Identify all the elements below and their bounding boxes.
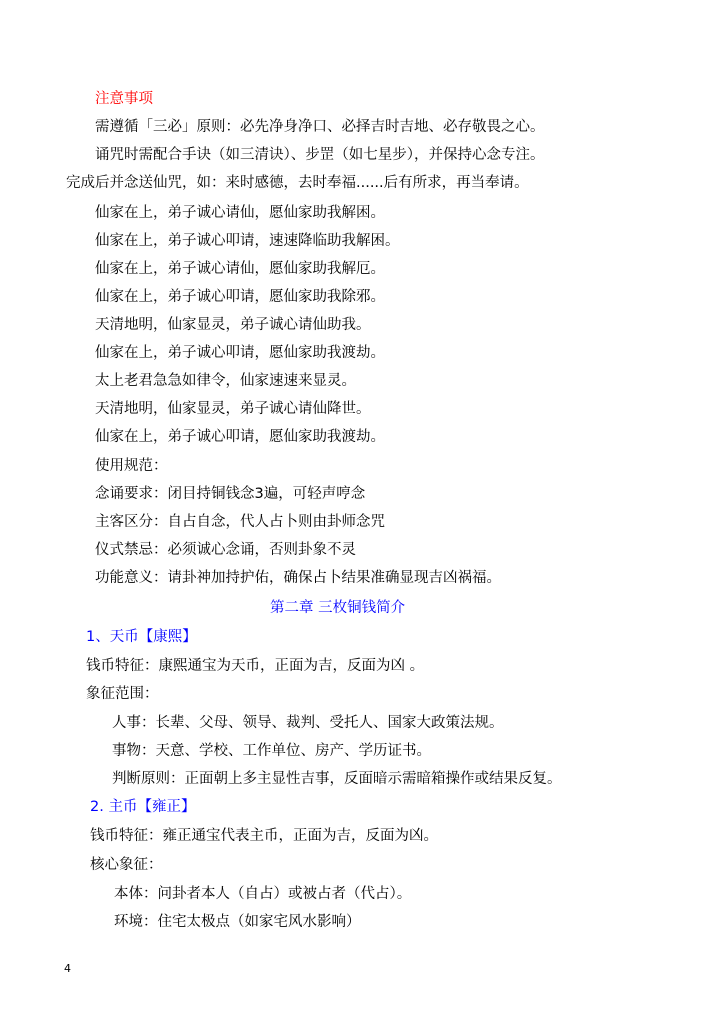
- chant-line: 天清地明，仙家显灵，弟子诚心请仙降世。: [95, 399, 371, 419]
- section1-scope-heading: 象征范围：: [86, 684, 159, 704]
- section1-item: 事物：天意、学校、工作单位、房产、学历证书。: [112, 741, 431, 761]
- chant-line: 仙家在上，弟子诚心叩请，愿仙家助我除邪。: [95, 287, 385, 307]
- usage-line: 仪式禁忌：必须诚心念诵，否则卦象不灵: [95, 540, 356, 560]
- section1-feature: 钱币特征：康熙通宝为天币，正面为吉，反面为凶 。: [86, 656, 424, 676]
- notice-heading: 注意事项: [95, 89, 153, 109]
- chapter-title: 第二章 三枚铜钱简介: [270, 598, 405, 618]
- chant-line: 天清地明，仙家显灵，弟子诚心请仙助我。: [95, 315, 371, 335]
- page-number: 4: [64, 962, 71, 975]
- usage-line: 主客区分：自占自念，代人占卜则由卦师念咒: [95, 512, 385, 532]
- usage-heading: 使用规范：: [95, 456, 168, 476]
- notice-line: 需遵循「三必」原则：必先净身净口、必择吉时吉地、必存敬畏之心。: [95, 117, 545, 137]
- chant-line: 仙家在上，弟子诚心叩请，愿仙家助我渡劫。: [95, 427, 385, 447]
- chant-line: 仙家在上，弟子诚心请仙，愿仙家助我解困。: [95, 203, 385, 223]
- section2-item: 环境：住宅太极点（如家宅风水影响）: [114, 912, 361, 932]
- usage-line: 功能意义：请卦神加持护佑，确保占卜结果准确显现吉凶祸福。: [95, 568, 501, 588]
- section1-item: 判断原则：正面朝上多主显性吉事，反面暗示需暗箱操作或结果反复。: [112, 769, 562, 789]
- section2-feature: 钱币特征：雍正通宝代表主币，正面为吉，反面为凶。: [90, 826, 438, 846]
- section1-title: 1、天币【康熙】: [86, 627, 197, 647]
- section2-item: 本体：问卦者本人（自占）或被占者（代占）。: [114, 884, 411, 904]
- section2-core-heading: 核心象征：: [90, 855, 163, 875]
- notice-line: 诵咒时需配合手诀（如三清诀）、步罡（如七星步），并保持心念专注。: [95, 145, 545, 165]
- chant-line: 仙家在上，弟子诚心请仙，愿仙家助我解厄。: [95, 259, 385, 279]
- chant-line: 仙家在上，弟子诚心叩请，速速降临助我解困。: [95, 231, 400, 251]
- section2-title: 2. 主币【雍正】: [90, 797, 195, 817]
- chant-line: 太上老君急急如律令，仙家速速来显灵。: [95, 371, 356, 391]
- usage-line: 念诵要求：闭目持铜钱念3遍，可轻声哼念: [95, 484, 365, 504]
- section1-item: 人事：长辈、父母、领导、裁判、受托人、国家大政策法规。: [112, 713, 504, 733]
- chant-line: 仙家在上，弟子诚心叩请，愿仙家助我渡劫。: [95, 343, 385, 363]
- notice-line: 完成后并念送仙咒，如：来时感德，去时奉福......后有所求，再当奉请。: [66, 173, 529, 193]
